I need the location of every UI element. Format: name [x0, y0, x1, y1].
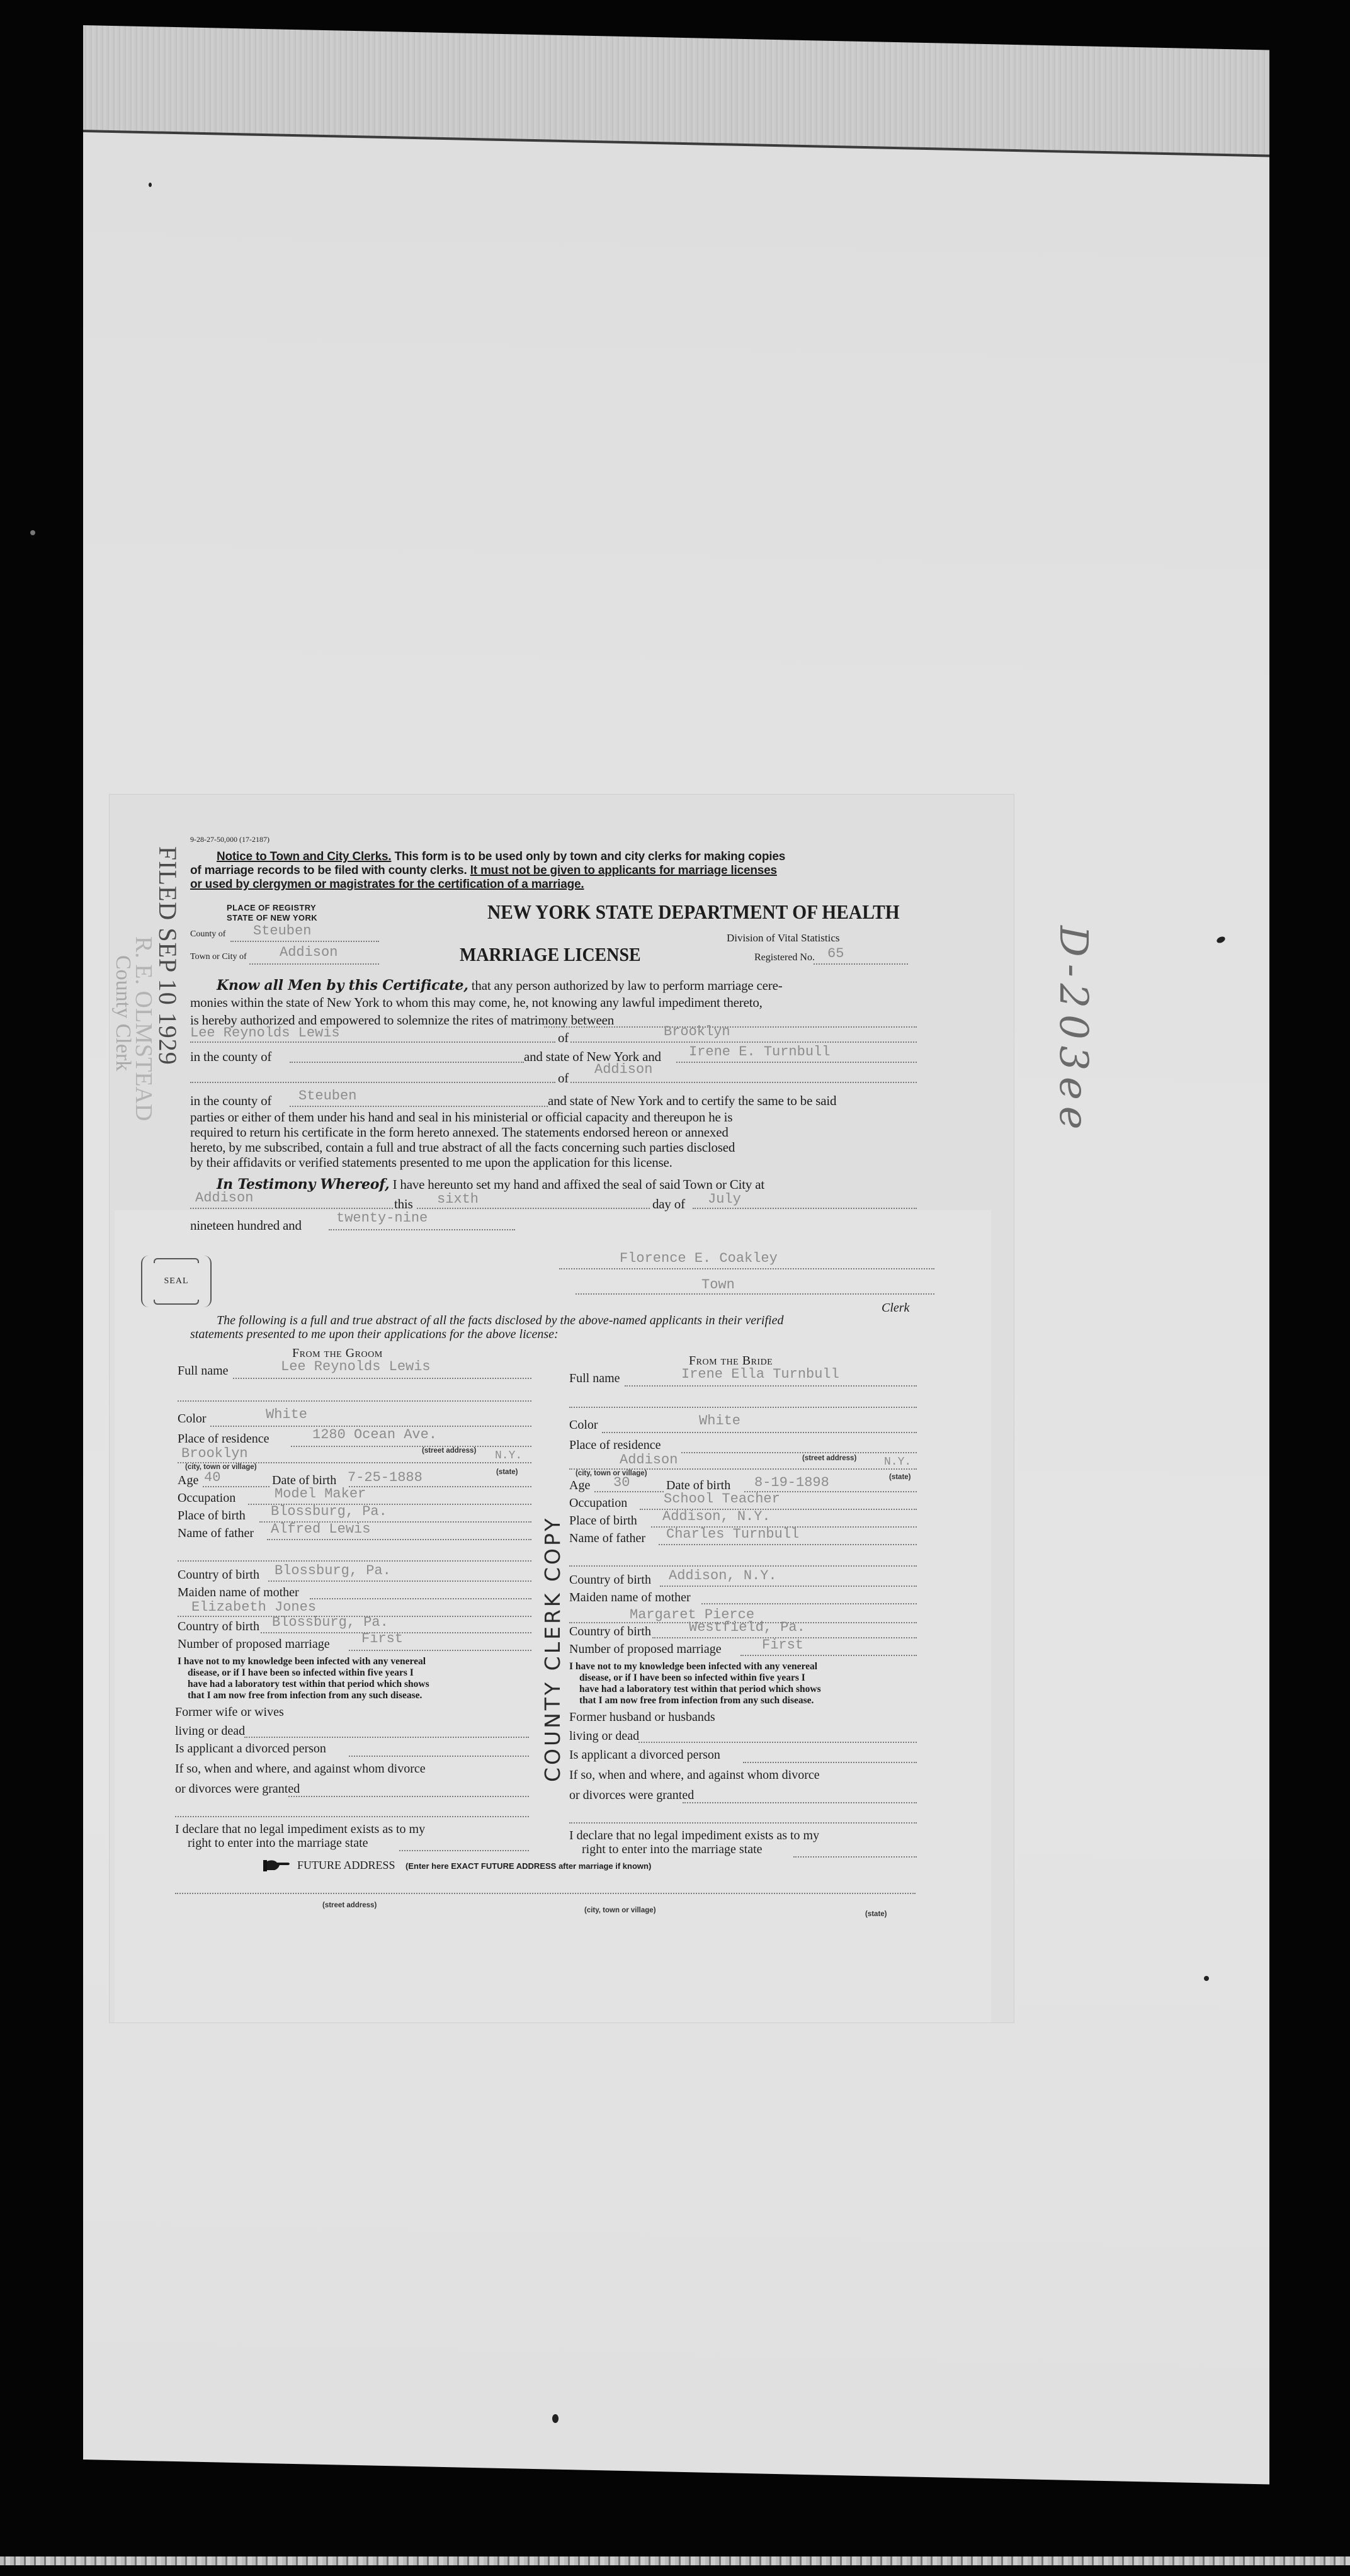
certificate-para-3: hereto, by me subscribed, contain a full…: [190, 1140, 735, 1155]
groom-occupation-label: Occupation: [178, 1491, 235, 1506]
groom-marriage-number-value: First: [361, 1631, 403, 1647]
bride-health-2: disease, or if I have been so infected w…: [579, 1672, 805, 1684]
certificate-text: that any person authorized by law to per…: [472, 978, 783, 993]
groom-former-label-1: Former wife or wives: [175, 1705, 284, 1720]
of-label: of: [558, 1070, 569, 1086]
groom-street-value: 1280 Ocean Ave.: [312, 1427, 437, 1443]
bride-occupation-value: School Teacher: [664, 1491, 780, 1507]
field-line: [602, 1432, 917, 1433]
bride-health-4: that I am now free from infection from a…: [579, 1695, 814, 1706]
certificate-line-1: Know all Men by this Certificate, that a…: [217, 977, 783, 994]
dust-speck: [149, 183, 152, 187]
clerk-name-line: [559, 1268, 934, 1269]
field-line: [178, 1560, 531, 1562]
certificate-para-4: by their affidavits or verified statemen…: [190, 1155, 672, 1171]
bride-dob-value: 8-19-1898: [754, 1475, 829, 1490]
bride-state-sublabel: (state): [889, 1473, 911, 1481]
bride-father-value: Charles Turnbull: [666, 1526, 799, 1542]
groom-state-value: N.Y.: [495, 1450, 522, 1462]
in-county-label: in the county of: [190, 1049, 271, 1065]
groom-birthplace-value: Blossburg, Pa.: [271, 1504, 387, 1519]
field-line: [267, 1539, 531, 1540]
bride-color-label: Color: [569, 1418, 598, 1433]
groom-birthplace-label: Place of birth: [178, 1509, 246, 1523]
department-title: NEW YORK STATE DEPARTMENT OF HEALTH: [487, 900, 900, 924]
bride-full-name-value: Irene Ella Turnbull: [681, 1366, 839, 1382]
clerk-jurisdiction-value: Town: [701, 1277, 735, 1293]
registered-line: [814, 963, 908, 965]
groom-color-value: White: [266, 1407, 307, 1422]
groom-health-2: disease, or if I have been so infected w…: [188, 1667, 414, 1679]
field-line: [268, 1580, 531, 1582]
groom-health-4: that I am now free from infection from a…: [188, 1690, 422, 1701]
future-state-sublabel: (state): [865, 1910, 887, 1918]
field-line: [178, 1400, 531, 1402]
blank-line: [190, 1082, 555, 1083]
certificate-opening: Know all Men by this Certificate,: [217, 977, 468, 994]
notice-text: This form is to be used only by town and…: [395, 850, 786, 863]
testimony-place-value: Addison: [195, 1190, 253, 1206]
groom-place-line: [570, 1041, 917, 1043]
testimony-line: In Testimony Whereof, I have hereunto se…: [217, 1176, 764, 1193]
groom-divorce-detail-1: If so, when and where, and against whom …: [175, 1762, 426, 1776]
dust-speck: [552, 2414, 559, 2423]
groom-occupation-value: Model Maker: [275, 1486, 366, 1502]
notice-warning: It must not be given to applicants for m…: [470, 864, 777, 877]
clerk-name-value: Florence E. Coakley: [620, 1251, 778, 1266]
groom-father-value: Alfred Lewis: [271, 1521, 370, 1537]
notice-line-1: Notice to Town and City Clerks. This for…: [217, 850, 785, 864]
bride-declare-1: I declare that no legal impediment exist…: [569, 1829, 819, 1843]
bride-county-value: Steuben: [298, 1088, 356, 1104]
groom-street-sublabel: (street address): [422, 1447, 476, 1455]
notice-line-2: of marriage records to be filed with cou…: [190, 864, 777, 878]
year-label: nineteen hundred and: [190, 1218, 302, 1234]
film-edge-strip: [0, 2556, 1350, 2565]
bride-county-line: [290, 1106, 548, 1107]
field-line: [569, 1565, 917, 1567]
bride-divorce-detail-2: or divorces were granted: [569, 1788, 694, 1803]
pointing-hand-icon: [263, 1859, 291, 1873]
form-number: 9-28-27-50,000 (17-2187): [190, 835, 269, 844]
groom-state-sublabel: (state): [496, 1468, 518, 1476]
groom-father-country-label: Country of birth: [178, 1568, 259, 1582]
bride-mother-country-label: Country of birth: [569, 1625, 651, 1639]
handwritten-reference: D-203ee: [1051, 926, 1097, 1136]
county-label: County of: [190, 929, 225, 939]
groom-age-label: Age: [178, 1473, 198, 1488]
state-certify-text: and state of New York and to certify the…: [548, 1093, 836, 1109]
bride-marriage-number-label: Number of proposed marriage: [569, 1642, 722, 1657]
future-address-line: [175, 1893, 916, 1894]
bride-name-value: Irene E. Turnbull: [689, 1044, 830, 1060]
month-value: July: [708, 1191, 741, 1207]
in-county-label: in the county of: [190, 1093, 271, 1109]
town-line: [249, 963, 379, 965]
bride-birthplace-value: Addison, N.Y.: [662, 1509, 771, 1524]
groom-full-name-value: Lee Reynolds Lewis: [281, 1359, 431, 1375]
groom-county-line: [290, 1062, 524, 1063]
registered-number-label: Registered No.: [754, 952, 815, 963]
groom-dob-value: 7-25-1888: [348, 1470, 423, 1485]
future-street-sublabel: (street address): [322, 1902, 377, 1909]
certificate-para-2: required to return his certificate in th…: [190, 1125, 729, 1140]
bride-health-1: I have not to my knowledge been infected…: [569, 1661, 817, 1672]
notice-text: of marriage records to be filed with cou…: [190, 864, 467, 877]
bride-state-value: N.Y.: [884, 1456, 911, 1468]
field-line: [399, 1850, 529, 1851]
groom-age-value: 40: [204, 1470, 220, 1485]
field-line: [701, 1603, 917, 1604]
field-line: [244, 1737, 529, 1738]
division-label: Division of Vital Statistics: [727, 932, 840, 945]
groom-marriage-number-label: Number of proposed marriage: [178, 1637, 330, 1652]
future-address-instruction: (Enter here EXACT FUTURE ADDRESS after m…: [406, 1861, 651, 1871]
groom-mother-country-label: Country of birth: [178, 1620, 259, 1634]
groom-mother-country-value: Blossburg, Pa.: [272, 1614, 389, 1630]
county-line: [230, 941, 379, 942]
bride-name-line: [676, 1062, 917, 1063]
groom-declare-1: I declare that no legal impediment exist…: [175, 1822, 425, 1837]
groom-former-label-2: living or dead: [175, 1724, 245, 1739]
field-line: [349, 1650, 531, 1651]
bride-former-label-1: Former husband or husbands: [569, 1710, 715, 1725]
field-line: [203, 1486, 269, 1487]
certificate-line-2: monies within the state of New York to w…: [190, 995, 763, 1011]
bride-former-label-2: living or dead: [569, 1729, 639, 1744]
bride-age-label: Age: [569, 1478, 590, 1493]
county-clerk-copy-label: COUNTY CLERK COPY: [540, 1516, 565, 1782]
bride-residence-label: Place of residence: [569, 1438, 661, 1453]
certificate-para-1: parties or either of them under his hand…: [190, 1109, 732, 1125]
field-line: [349, 1756, 529, 1757]
field-line: [594, 1491, 664, 1492]
between-line: [544, 1026, 917, 1028]
groom-father-label: Name of father: [178, 1526, 254, 1541]
bride-divorced-label: Is applicant a divorced person: [569, 1748, 720, 1762]
dust-speck: [30, 530, 35, 535]
field-line: [625, 1385, 917, 1387]
license-title: MARRIAGE LICENSE: [460, 943, 641, 966]
bride-father-country-value: Addison, N.Y.: [669, 1568, 777, 1584]
groom-father-country-value: Blossburg, Pa.: [275, 1563, 391, 1579]
groom-divorce-detail-2: or divorces were granted: [175, 1782, 300, 1796]
seal-label: SEAL: [164, 1276, 189, 1286]
day-value: sixth: [437, 1191, 479, 1207]
abstract-intro-line-1: The following is a full and true abstrac…: [217, 1314, 783, 1328]
abstract-intro-line-2: statements presented to me upon their ap…: [190, 1327, 559, 1342]
field-line: [291, 1446, 531, 1447]
bride-city-value: Addison: [620, 1452, 678, 1468]
seal-placeholder: SEAL: [141, 1256, 212, 1307]
groom-mother-label: Maiden name of mother: [178, 1586, 299, 1600]
groom-city-value: Brooklyn: [181, 1446, 248, 1461]
groom-name-line: [190, 1041, 555, 1043]
groom-declare-2: right to enter into the marriage state: [188, 1836, 368, 1851]
field-line: [683, 1802, 917, 1803]
field-line: [793, 1856, 917, 1858]
groom-health-1: I have not to my knowledge been infected…: [178, 1656, 426, 1667]
groom-city-sublabel: (city, town or village): [185, 1463, 257, 1471]
bride-color-value: White: [699, 1413, 740, 1429]
notice-lead: Notice to Town and City Clerks.: [217, 850, 391, 863]
field-line: [743, 1762, 917, 1763]
field-line: [349, 1486, 531, 1487]
field-line: [310, 1598, 531, 1599]
of-label: of: [558, 1030, 569, 1046]
groom-residence-label: Place of residence: [178, 1432, 269, 1446]
bride-marriage-number-value: First: [762, 1637, 803, 1653]
clerk-label: Clerk: [882, 1301, 909, 1315]
dust-speck: [1204, 1976, 1209, 1981]
bride-father-label: Name of father: [569, 1531, 645, 1546]
year-value: twenty-nine: [336, 1210, 428, 1226]
bride-father-country-label: Country of birth: [569, 1573, 651, 1587]
groom-mother-value: Elizabeth Jones: [191, 1599, 316, 1615]
day-of-label: day of: [652, 1196, 685, 1212]
bride-mother-label: Maiden name of mother: [569, 1591, 691, 1605]
bride-street-sublabel: (street address): [802, 1455, 856, 1462]
town-value: Addison: [280, 945, 337, 960]
bride-health-3: have had a laboratory test within that p…: [579, 1684, 821, 1695]
bride-age-value: 30: [613, 1475, 630, 1490]
bride-place-line: [570, 1082, 917, 1083]
field-line: [638, 1742, 917, 1743]
groom-place-value: Brooklyn: [664, 1024, 730, 1040]
field-line: [569, 1407, 917, 1408]
field-line: [175, 1816, 529, 1817]
town-label: Town or City of: [190, 952, 247, 962]
field-line: [288, 1796, 529, 1797]
bride-city-sublabel: (city, town or village): [576, 1470, 647, 1477]
month-line: [693, 1208, 917, 1209]
day-line: [417, 1208, 650, 1209]
county-value: Steuben: [253, 923, 311, 939]
clerk-jurisdiction-line: [576, 1293, 934, 1295]
place-of-registry-label: PLACE OF REGISTRY: [227, 903, 316, 912]
field-line: [740, 1655, 917, 1656]
testimony-text: I have hereunto set my hand and affixed …: [393, 1177, 764, 1192]
marriage-license-form: FILED SEP 10 1929 R. E. OLMSTEAD County …: [110, 795, 1014, 2023]
bride-birthplace-label: Place of birth: [569, 1514, 637, 1528]
bride-divorce-detail-1: If so, when and where, and against whom …: [569, 1768, 820, 1783]
field-line: [569, 1822, 917, 1824]
filed-date-stamp: FILED SEP 10 1929: [153, 846, 183, 1065]
field-line: [681, 1452, 917, 1453]
field-line: [660, 1586, 917, 1587]
future-address-label: FUTURE ADDRESS: [297, 1859, 395, 1872]
future-city-sublabel: (city, town or village): [584, 1907, 656, 1914]
groom-name-value: Lee Reynolds Lewis: [190, 1025, 340, 1041]
bride-mother-country-value: Westfield, Pa.: [689, 1620, 805, 1635]
notice-line-3: or used by clergymen or magistrates for …: [190, 878, 584, 892]
testimony-place-line: [190, 1208, 393, 1209]
groom-divorced-label: Is applicant a divorced person: [175, 1742, 326, 1756]
bride-full-name-label: Full name: [569, 1371, 620, 1386]
groom-full-name-label: Full name: [178, 1364, 229, 1378]
registered-number-value: 65: [827, 946, 844, 962]
county-clerk-stamp: County Clerk: [111, 955, 135, 1071]
state-label: STATE OF NEW YORK: [227, 913, 317, 922]
bride-declare-2: right to enter into the marriage state: [582, 1842, 763, 1857]
year-line: [329, 1229, 515, 1230]
field-line: [659, 1544, 917, 1545]
groom-color-label: Color: [178, 1412, 207, 1426]
bride-occupation-label: Occupation: [569, 1496, 627, 1511]
groom-health-3: have had a laboratory test within that p…: [188, 1679, 429, 1690]
field-line: [233, 1378, 531, 1379]
bride-place-value: Addison: [594, 1062, 652, 1077]
